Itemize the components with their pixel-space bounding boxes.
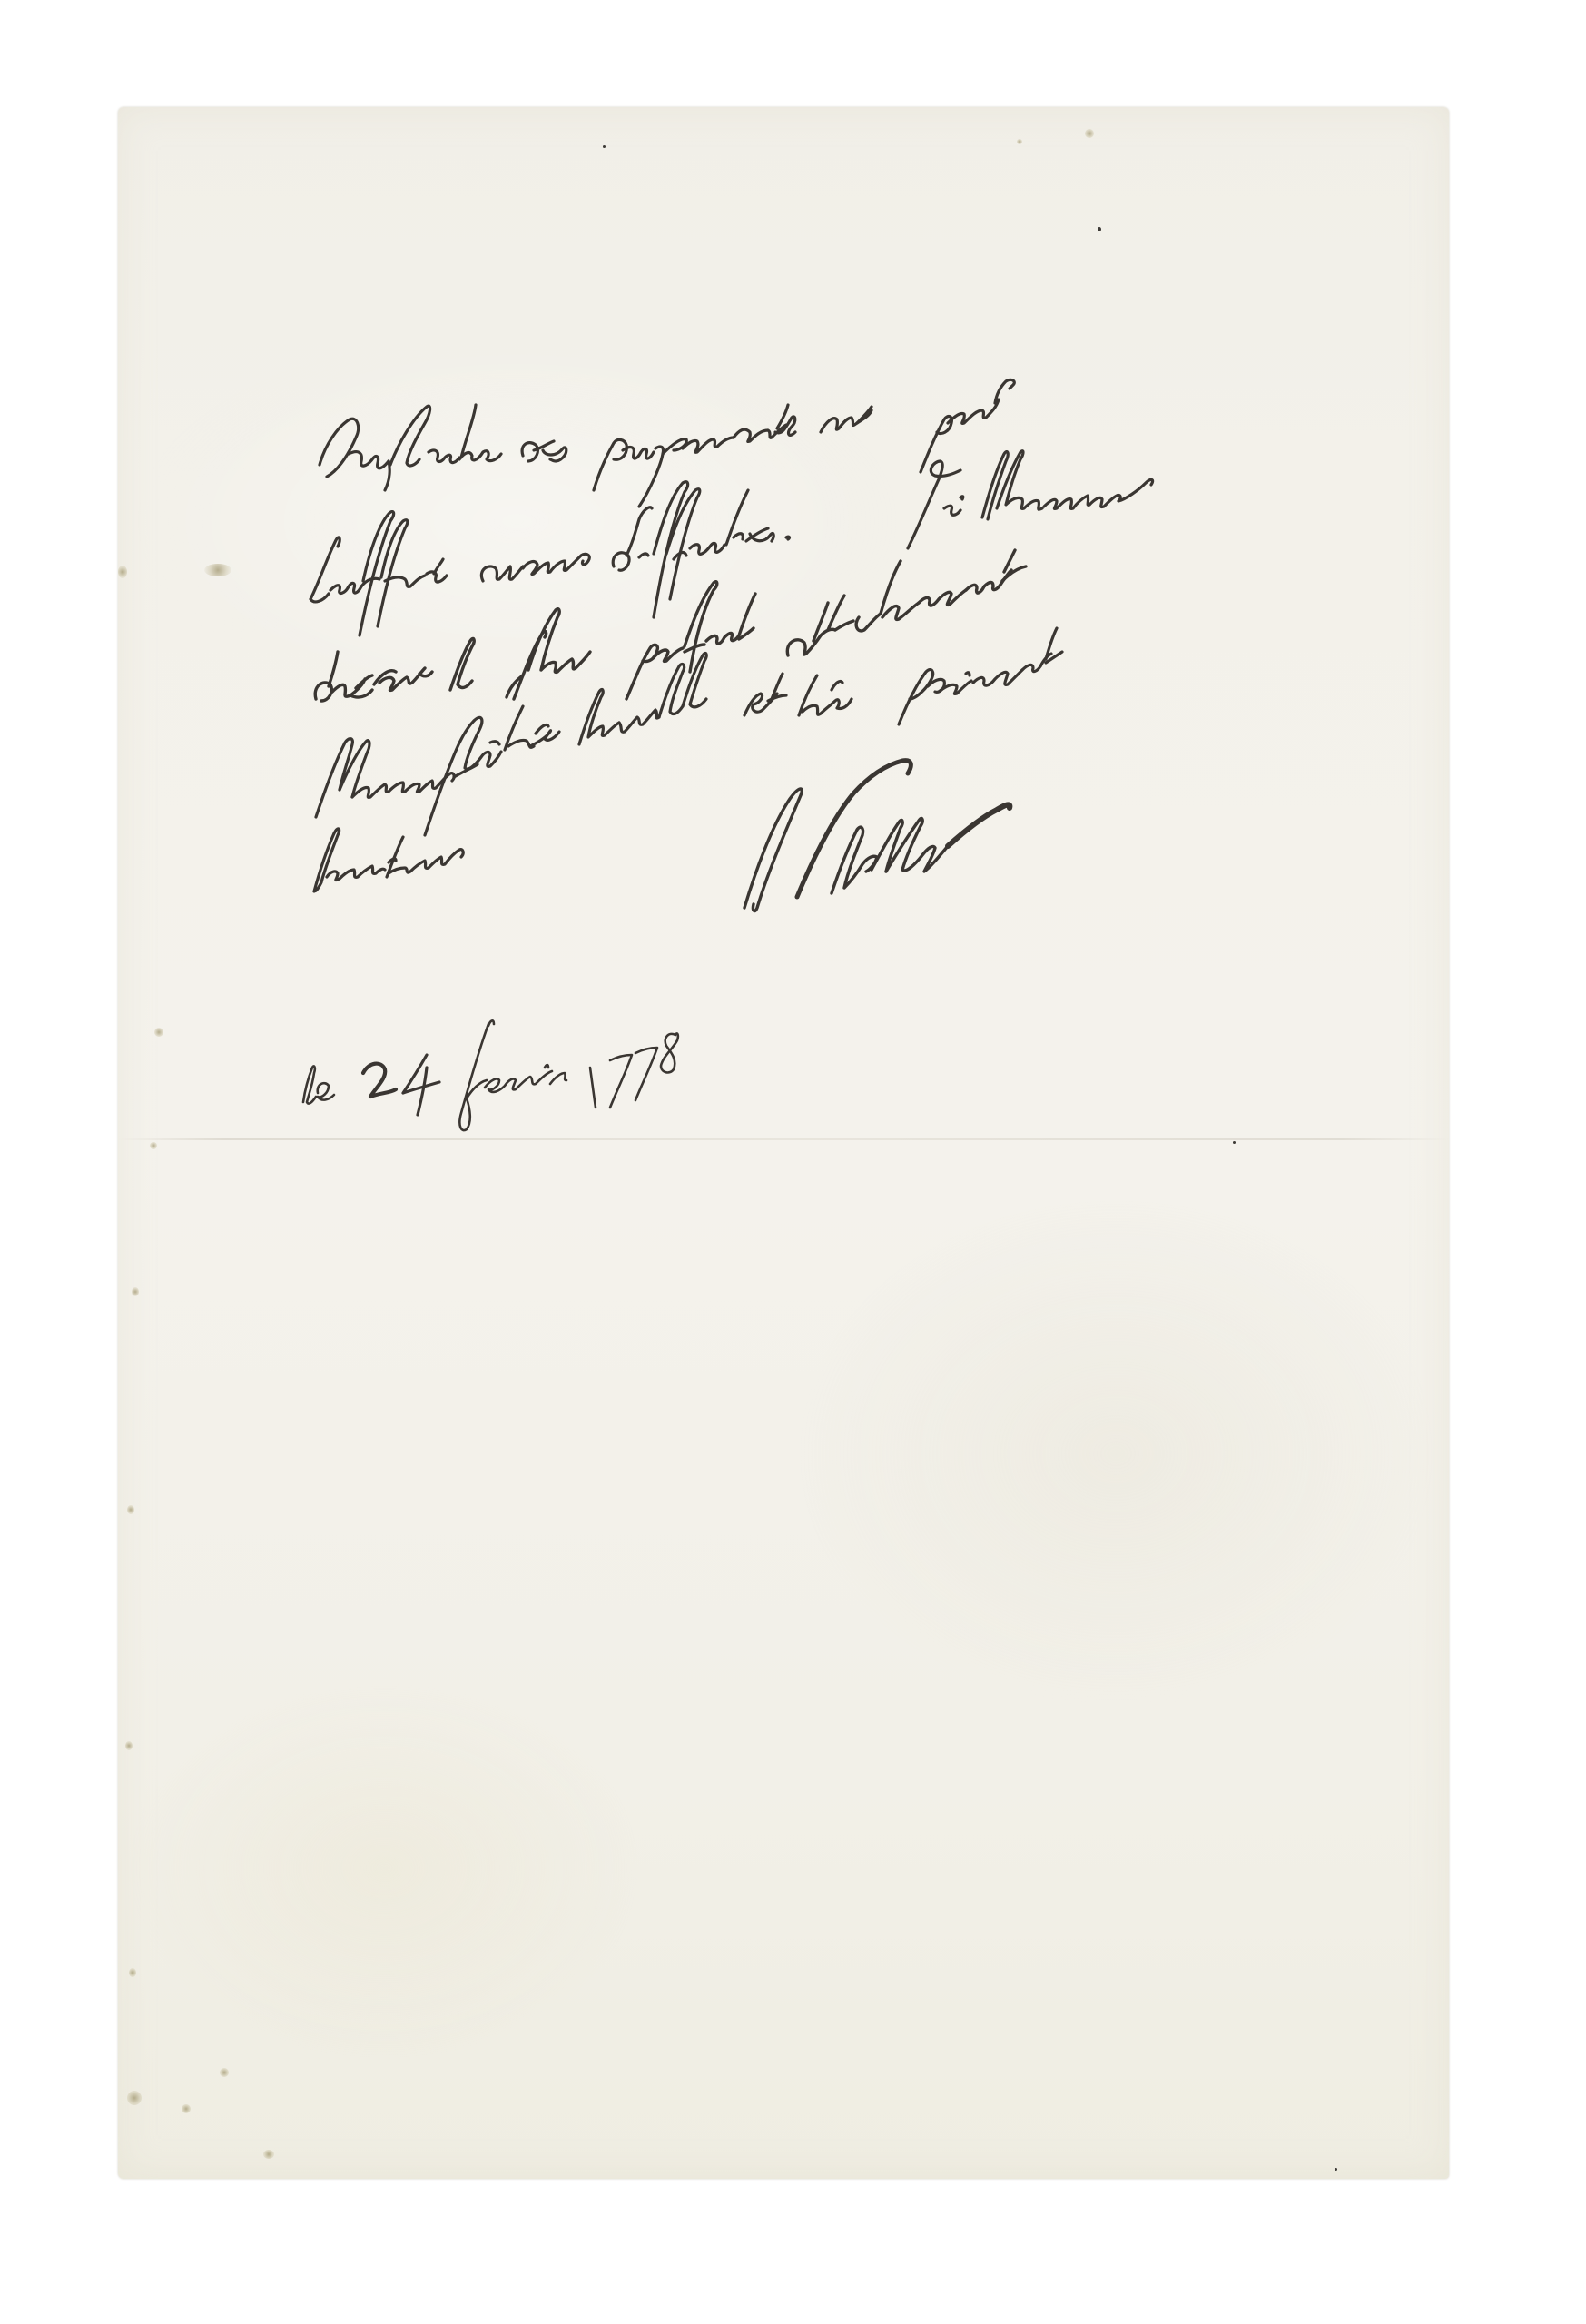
foxing-spot bbox=[129, 1968, 136, 1977]
foxing-spot bbox=[127, 2091, 142, 2105]
ink-speck bbox=[1233, 1141, 1236, 1144]
ink-speck bbox=[1098, 227, 1101, 231]
foxing-spot bbox=[1017, 139, 1022, 144]
foxing-spot bbox=[220, 2068, 229, 2077]
foxing-spot bbox=[263, 2150, 274, 2159]
foxing-spot bbox=[182, 2104, 191, 2113]
paper-fold-line bbox=[118, 1138, 1449, 1140]
foxing-spot bbox=[118, 566, 127, 578]
foxing-spot bbox=[1085, 129, 1094, 138]
foxing-spot bbox=[132, 1287, 139, 1296]
foxing-spot bbox=[154, 1028, 163, 1037]
foxing-spot bbox=[127, 1505, 134, 1514]
foxing-spot bbox=[125, 1741, 133, 1750]
ink-speck bbox=[603, 145, 606, 148]
letter-sheet bbox=[118, 107, 1449, 2179]
foxing-spot bbox=[150, 1142, 157, 1149]
ink-speck bbox=[1335, 2168, 1337, 2171]
foxing-spot bbox=[204, 564, 231, 576]
